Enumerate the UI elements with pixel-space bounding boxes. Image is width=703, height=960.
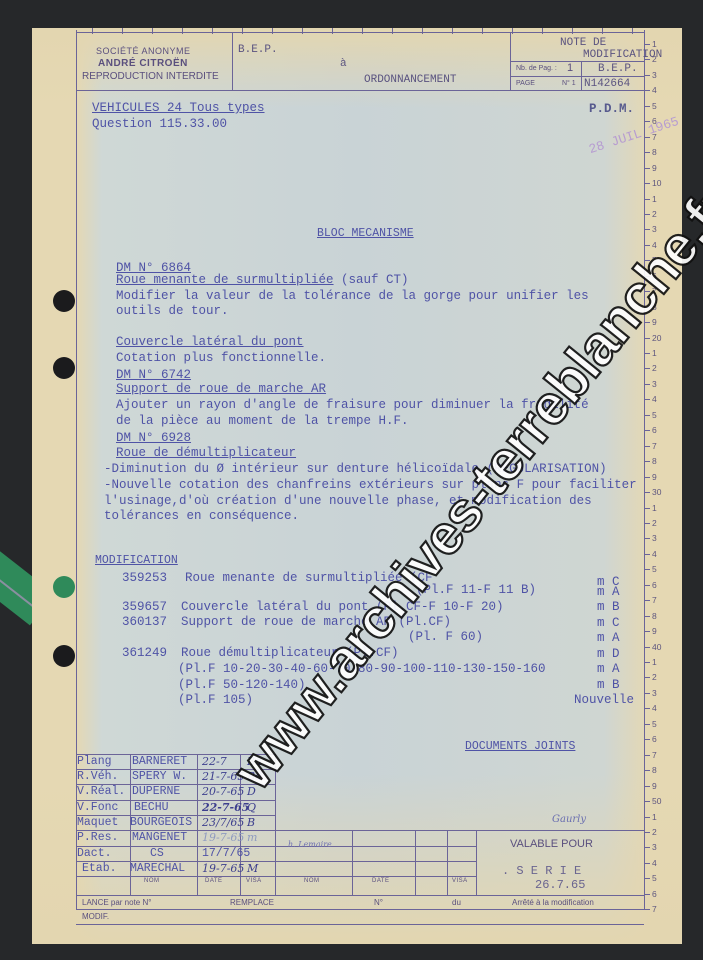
punch-hole-icon [53, 576, 75, 598]
vehicles-line: VEHICULES 24 Tous types [92, 101, 265, 115]
dm-text-line: Modifier la valeur de la tolérance de la… [116, 289, 589, 303]
page-number: N° 1 [562, 80, 576, 87]
to-word: à [340, 58, 347, 70]
ruler-tick [644, 554, 650, 555]
ruler-tick [644, 183, 650, 184]
ruler-tick [644, 461, 650, 462]
ruler-tick [644, 801, 650, 802]
mod-ref: 359253 [122, 571, 167, 585]
approval-role: Maquet [77, 816, 118, 829]
ruler-label: 30 [652, 487, 661, 497]
ruler-tick [644, 152, 650, 153]
col-date-label: DATE [372, 878, 390, 884]
mod-code: m C [597, 616, 620, 630]
ruler-label: 3 [652, 70, 657, 80]
approval-name: MARECHAL [130, 862, 185, 875]
dm-part: Support de roue de marche AR [116, 382, 326, 396]
ruler-label: 1 [652, 39, 657, 49]
punch-hole-icon [53, 645, 75, 667]
ruler-tick [644, 90, 650, 91]
dm-number: DM N° 6742 [116, 368, 191, 382]
dm-part: Roue de démultiplicateur [116, 446, 296, 460]
ruler-label: 6 [652, 425, 657, 435]
header-bottom-border [76, 90, 644, 91]
ruler-label: 6 [652, 116, 657, 126]
approval-date: 22-7-65 [202, 801, 249, 814]
serie-label: . S E R I E [502, 864, 581, 878]
approval-name: MANGENET [132, 831, 187, 844]
ruler-label: 6 [652, 580, 657, 590]
col-nom-label: NOM [144, 878, 160, 884]
ruler-label: 5 [652, 564, 657, 574]
ruler-label: 1 [652, 348, 657, 358]
ruler-label: 8 [652, 765, 657, 775]
ruler-label: 5 [652, 410, 657, 420]
ruler-label: 1 [652, 194, 657, 204]
ruler-label: 4 [652, 394, 657, 404]
approval-role: Etab. [82, 862, 117, 875]
arrete-label: Arrêté à la modification [512, 898, 594, 907]
ruler-tick [644, 384, 650, 385]
approval-date: 19-7-65 [202, 831, 244, 844]
ruler-tick [644, 199, 650, 200]
ruler-tick [644, 492, 650, 493]
note-number: N142664 [584, 78, 630, 90]
ruler-label: 4 [652, 858, 657, 868]
dm-text-line: outils de tour. [116, 304, 229, 318]
punch-hole-icon [53, 290, 75, 312]
approval-visa: m [247, 831, 257, 844]
ruler-tick [644, 863, 650, 864]
dm-part: Couvercle latéral du pont [116, 335, 304, 349]
nb-pages-label: Nb. de Pag. : [516, 65, 557, 72]
ruler-label: 9 [652, 626, 657, 636]
approval-date: 20-7-65 [202, 785, 244, 798]
pdm-label: P.D.M. [589, 102, 634, 116]
approval-name: CS [150, 847, 164, 860]
ruler-tick [644, 59, 650, 60]
mod-desc-4: (Pl.F 105) [178, 693, 253, 707]
dm-number: DM N° 6928 [116, 431, 191, 445]
no-label: N° [374, 898, 383, 907]
header-divider [510, 61, 644, 62]
approval-name: BECHU [134, 801, 169, 814]
documents-joints: DOCUMENTS JOINTS [465, 740, 575, 753]
approval-visa: Q [247, 801, 256, 814]
ruler-label: 6 [652, 734, 657, 744]
ruler-label: 7 [652, 132, 657, 142]
to-department: ORDONNANCEMENT [364, 74, 456, 86]
service-code: B.E.P. [598, 63, 638, 75]
mod-code: m A [597, 585, 620, 599]
ruler-label: 9 [652, 472, 657, 482]
ruler-label: 2 [652, 209, 657, 219]
ruler-tick [644, 616, 650, 617]
ruler-label: 5 [652, 873, 657, 883]
approval-date: 23/7/65 [202, 816, 244, 829]
ruler-label: 20 [652, 333, 661, 343]
ruler-label: 10 [652, 178, 661, 188]
signature: Gaurly [552, 814, 586, 825]
ruler-tick [644, 368, 650, 369]
ruler-label: 7 [652, 904, 657, 914]
approval-name: SPERY W. [132, 770, 187, 783]
note-title-2: MODIFICATION [583, 49, 662, 61]
section-title: BLOC MECANISME [317, 227, 414, 240]
ruler-tick [644, 662, 650, 663]
approval-name: DUPERNE [132, 785, 180, 798]
ruler-label: 1 [652, 503, 657, 513]
dm-part: Roue menante de surmultipliée (sauf CT) [116, 273, 409, 287]
ruler-label: 50 [652, 796, 661, 806]
header-divider [232, 32, 233, 90]
ruler-label: 5 [652, 101, 657, 111]
mod-code: m B [597, 678, 620, 692]
dm-text-line: l'usinage,d'où création d'une nouvelle p… [104, 494, 592, 508]
mod-ref: 359657 [122, 600, 167, 614]
ruler-tick [644, 168, 650, 169]
ruler-label: 4 [652, 85, 657, 95]
approval-role: R.Véh. [77, 770, 118, 783]
ruler-label: 6 [652, 889, 657, 899]
approval-date: 19-7-65 [202, 862, 244, 875]
ruler-tick [644, 508, 650, 509]
ruler-tick [644, 647, 650, 648]
ruler-tick [644, 909, 650, 910]
dm-text-line: -Nouvelle cotation des chanfreins extéri… [104, 478, 637, 492]
ruler-tick [644, 353, 650, 354]
col-visa-label: VISA [246, 878, 262, 884]
approval-name: BARNERET [132, 755, 187, 768]
ruler-label: 2 [652, 827, 657, 837]
mod-code: m A [597, 631, 620, 645]
company-name: ANDRÉ CITROËN [98, 58, 188, 69]
approval-date: 17/7/65 [202, 847, 250, 860]
ruler-tick [644, 399, 650, 400]
approval-visa: B [247, 816, 255, 829]
punch-hole-icon [53, 357, 75, 379]
ruler-label: 3 [652, 379, 657, 389]
mod-code: Nouvelle [574, 693, 634, 707]
mod-code: m A [597, 662, 620, 676]
ruler-tick [644, 75, 650, 76]
question-line: Question 115.33.00 [92, 117, 227, 131]
ruler-tick [644, 817, 650, 818]
ruler-tick [644, 121, 650, 122]
header-divider [581, 61, 582, 90]
du-label: du [452, 898, 461, 907]
ruler-label: 8 [652, 456, 657, 466]
ruler-tick [644, 739, 650, 740]
ruler-tick [644, 847, 650, 848]
ruler-tick [644, 585, 650, 586]
date-stamp: 28 JUIL 1965 [587, 114, 681, 157]
ruler-label: 3 [652, 842, 657, 852]
ruler-tick [644, 894, 650, 895]
modif-label: MODIF. [82, 912, 109, 921]
mod-ref: 360137 [122, 615, 167, 629]
dm-text-line: tolérances en conséquence. [104, 509, 299, 523]
ruler-tick [644, 755, 650, 756]
company-line-1: SOCIÉTÉ ANONYME [96, 46, 191, 56]
ruler-tick [644, 770, 650, 771]
lance-label: LANCE par note N° [82, 898, 151, 907]
ruler-label: 8 [652, 611, 657, 621]
mod-ref: 361249 [122, 646, 167, 660]
ruler-label: 4 [652, 703, 657, 713]
top-border [76, 32, 644, 33]
col-visa-label: VISA [452, 878, 468, 884]
ruler-tick [644, 832, 650, 833]
remplace-label: REMPLACE [230, 898, 274, 907]
approval-role: V.Réal. [77, 785, 125, 798]
ruler-tick [644, 569, 650, 570]
from-department: B.E.P. [238, 44, 278, 56]
ruler-label: 2 [652, 54, 657, 64]
ruler-label: 2 [652, 363, 657, 373]
ruler-label: 9 [652, 163, 657, 173]
ruler-tick [644, 137, 650, 138]
right-ruler-line [644, 30, 645, 910]
approval-role: P.Res. [77, 831, 118, 844]
ruler-label: 5 [652, 719, 657, 729]
ruler-tick [644, 878, 650, 879]
ruler-label: 2 [652, 672, 657, 682]
ruler-label: 3 [652, 533, 657, 543]
ruler-label: 8 [652, 147, 657, 157]
ruler-tick [644, 214, 650, 215]
mod-code: m D [597, 647, 620, 661]
ruler-tick [644, 538, 650, 539]
modification-title: MODIFICATION [95, 554, 178, 567]
ruler-label: 7 [652, 595, 657, 605]
dm-text-line: de la pièce au moment de la trempe H.F. [116, 414, 409, 428]
ruler-tick [644, 677, 650, 678]
valable-pour-label: VALABLE POUR [510, 838, 593, 850]
ruler-tick [644, 708, 650, 709]
ruler-label: 40 [652, 642, 661, 652]
ruler-tick [644, 477, 650, 478]
approval-name: BOURGEOIS [130, 816, 192, 829]
serie-date: 26.7.65 [535, 878, 585, 892]
note-title-1: NOTE DE [560, 37, 606, 49]
ruler-tick [644, 446, 650, 447]
approval-role: Dact. [77, 847, 112, 860]
mod-code: m B [597, 600, 620, 614]
document-page: SOCIÉTÉ ANONYME ANDRÉ CITROËN REPRODUCTI… [32, 28, 682, 944]
ruler-tick [644, 600, 650, 601]
ruler-tick [644, 724, 650, 725]
col-date-label: DATE [205, 878, 223, 884]
approval-role: V.Fonc [77, 801, 118, 814]
extra-handwriting: h. Lemaire [288, 840, 332, 849]
ruler-label: 2 [652, 518, 657, 528]
ruler-tick [644, 786, 650, 787]
nb-pages-value: 1 [567, 62, 573, 74]
ruler-label: 7 [652, 750, 657, 760]
ruler-label: 3 [652, 688, 657, 698]
page-label: PAGE [516, 80, 535, 87]
ruler-label: 4 [652, 549, 657, 559]
mod-desc-2: (Pl. F 60) [408, 630, 483, 644]
header-divider [510, 76, 644, 77]
ruler-label: 9 [652, 781, 657, 791]
ruler-tick [644, 430, 650, 431]
ruler-tick [644, 415, 650, 416]
ruler-tick [644, 106, 650, 107]
ruler-label: 1 [652, 812, 657, 822]
dm-text-line: Cotation plus fonctionnelle. [116, 351, 326, 365]
ruler-tick [644, 523, 650, 524]
company-line-3: REPRODUCTION INTERDITE [82, 71, 219, 82]
col-nom-label: NOM [304, 878, 320, 884]
ruler-tick [644, 631, 650, 632]
approval-role: Plang [77, 755, 112, 768]
approval-visa: M [247, 862, 258, 875]
ruler-label: 7 [652, 441, 657, 451]
ruler-tick [644, 693, 650, 694]
ruler-label: 1 [652, 657, 657, 667]
ruler-tick [644, 44, 650, 45]
